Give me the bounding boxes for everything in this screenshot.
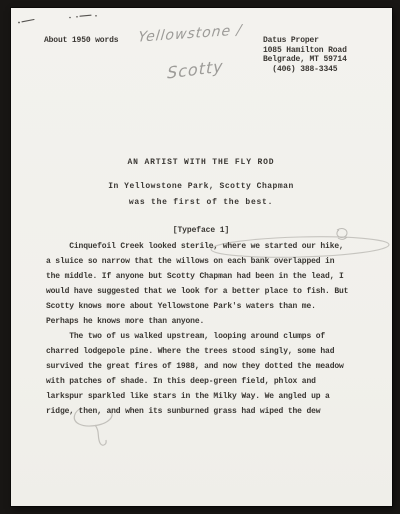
body-paragraph-1: Cinquefoil Creek looked sterile, where w… <box>46 239 348 329</box>
handwritten-note-scotty: Scotty <box>167 56 224 82</box>
article-subtitle-line2: was the first of the best. <box>45 198 357 208</box>
stray-pen-marks <box>18 15 97 23</box>
body-paragraph-2: The two of us walked upstream, looping a… <box>46 329 344 419</box>
word-count-note: About 1950 words <box>44 36 118 46</box>
scan-background: About 1950 words Yellowstone / Scotty Da… <box>0 0 400 514</box>
manuscript-page: About 1950 words Yellowstone / Scotty Da… <box>11 8 392 506</box>
handwritten-note-yellowstone: Yellowstone / <box>137 22 243 45</box>
article-title: AN ARTIST WITH THE FLY ROD <box>45 158 357 168</box>
pencil-loop-tail <box>95 425 106 445</box>
author-address-block: Datus Proper 1085 Hamilton Road Belgrade… <box>263 36 347 74</box>
typeface-note: [Typeface 1] <box>45 226 357 236</box>
article-subtitle-line1: In Yellowstone Park, Scotty Chapman <box>45 182 357 192</box>
